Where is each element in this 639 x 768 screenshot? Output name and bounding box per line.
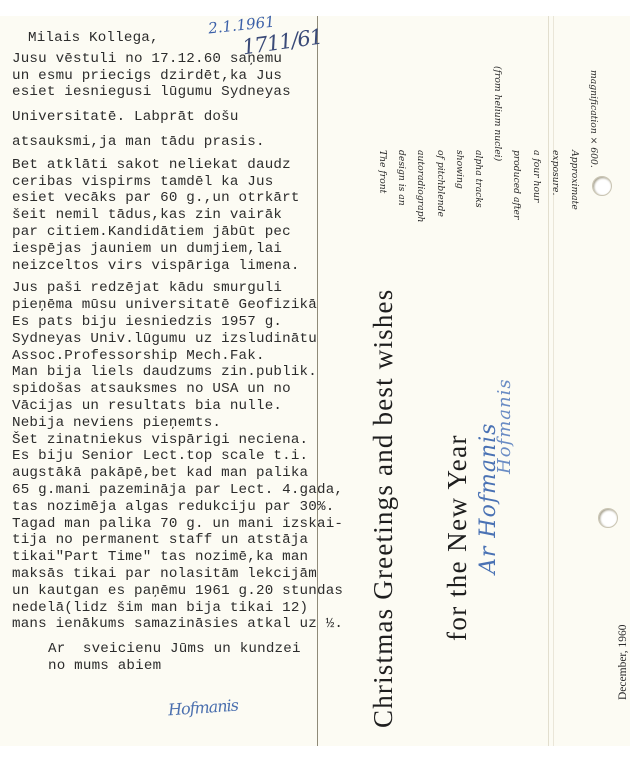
card-note-line: magnification × 600. (588, 70, 599, 168)
letter-line: Jusu vēstuli no 17.12.60 saņemu (12, 51, 352, 68)
letter-line: un esmu priecigs dzirdēt,ka Jus (12, 68, 352, 85)
letter-line: Jus paši redzējat kādu smurguli (12, 280, 352, 297)
letter-line: Es pats biju iesniedzis 1957 g. (12, 314, 352, 331)
letter-line: pieņēma mūsu universitatē Geofizikā (12, 297, 352, 314)
letter-body: Jusu vēstuli no 17.12.60 saņemuun esmu p… (12, 51, 352, 633)
letter-line: tija no permanent staff un atstāja (12, 532, 352, 549)
closing-line: Ar sveicienu Jūms un kundzei (12, 641, 352, 658)
letter-line: Vācijas un resultats bia nulle. (12, 398, 352, 415)
card-note-line: Approximate (569, 150, 580, 210)
letter-line: maksās tikai par nolasitām lekcijām (12, 566, 352, 583)
salutation: Milais Kollega, (12, 30, 352, 47)
card-note-line: produced after (511, 150, 522, 219)
letter-line: un kautgan es paņēmu 1961 g.20 stundas (12, 583, 352, 600)
card-note-line: of pitchblende (435, 150, 446, 217)
card-note-line: (from helium nuclei) (492, 66, 503, 161)
letter-line: augstākā pakāpē,bet kad man palika (12, 465, 352, 482)
letter-line: atsauksmi,ja man tādu prasis. (12, 134, 352, 151)
card-note-line: showing (454, 150, 465, 189)
card-crease (548, 16, 554, 746)
card-note-line: exposure. (550, 150, 561, 195)
letter-line: Man bija liels daudzums zin.publik. (12, 364, 352, 381)
letter-line: nedelā(lidz šim man bija tikai 12) (12, 600, 352, 617)
letter-line: esiet vecāks par 60 g.,un otrkārt (12, 190, 352, 207)
letter-line: Tagad man palika 70 g. un mani izskai- (12, 516, 352, 533)
card-top-signature: Hofmanis (494, 378, 515, 474)
letter-line: Assoc.Professorship Mech.Fak. (12, 348, 352, 365)
letter-line: esiet iesniegusi lūgumu Sydneyas (12, 84, 352, 101)
letter-line: mans ienākums samazināsies atkal uz ½. (12, 616, 352, 633)
greeting-line-2: for the New Year (442, 434, 473, 641)
letter-line: par citiem.Kandidātiem jābūt pec (12, 224, 352, 241)
letter-line: spidošas atsauksmes no USA un no (12, 381, 352, 398)
card-note-line: alpha tracks (473, 150, 484, 208)
letter-line: Šet zinatniekus vispārigi neciena. (12, 432, 352, 449)
closing-line: no mums abiem (12, 658, 352, 675)
greeting-line-1: Christmas Greetings and best wishes (368, 289, 399, 728)
card-date: December, 1960 (617, 624, 629, 700)
letter-line: tas nozimēja algas redukciju par 30%. (12, 499, 352, 516)
letter-line: šeit nemil tādus,kas zin vairāk (12, 207, 352, 224)
letter-line: neizceltos virs vispāriga limena. (12, 258, 352, 275)
letter-line: Bet atklāti sakot neliekat daudz (12, 157, 352, 174)
card-note-line: The front (377, 150, 388, 193)
typed-letter: Milais Kollega, Jusu vēstuli no 17.12.60… (12, 30, 352, 675)
punch-hole-top (592, 176, 612, 196)
letter-line: Sydneyas Univ.lūgumu uz izsludinātu (12, 331, 352, 348)
letter-line: tikai"Part Time" tas nozimē,ka man (12, 549, 352, 566)
letter-line: ceribas vispirms tamdēl ka Jus (12, 174, 352, 191)
letter-line: Universitatē. Labprāt došu (12, 109, 352, 126)
card-note-line: autoradiograph (415, 150, 426, 222)
letter-line: Es biju Senior Lect.top scale t.i. (12, 448, 352, 465)
letter-line: 65 g.mani pazemināja par Lect. 4.gada, (12, 482, 352, 499)
card-note-line: design is an (396, 150, 407, 206)
letter-line: Nebija neviens pieņemts. (12, 415, 352, 432)
punch-hole-bottom (598, 508, 618, 528)
letter-line: iespējas jauniem un dumjiem,lai (12, 241, 352, 258)
card-note-line: a four hour (531, 150, 542, 202)
